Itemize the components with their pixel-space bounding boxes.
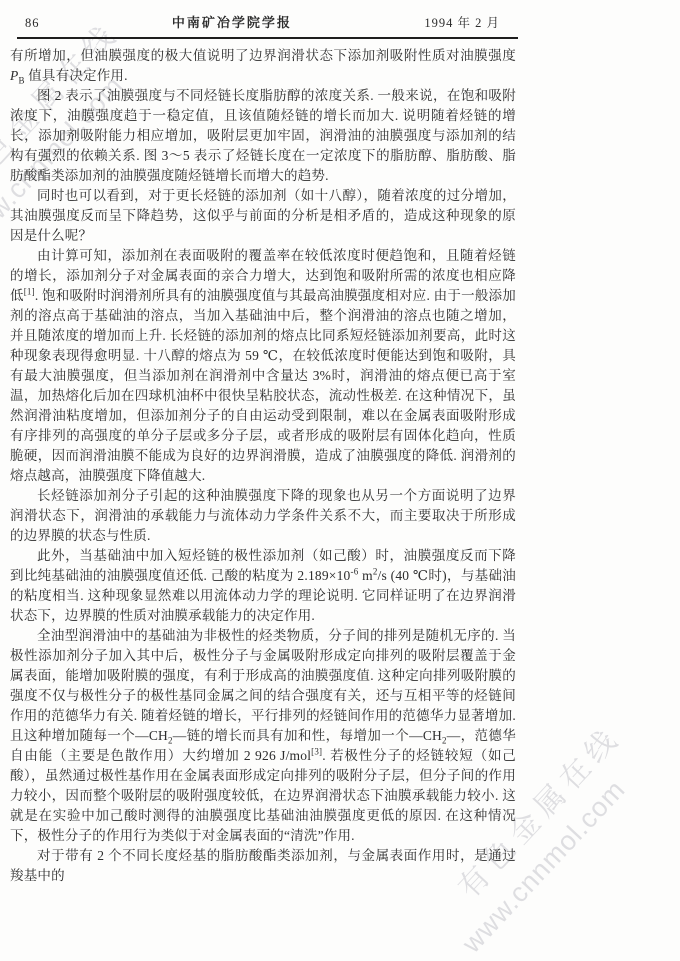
paragraph: 此外，当基础油中加入短烃链的极性添加剂（如己酸）时，油膜强度反而下降到比纯基础油… <box>10 546 516 626</box>
page-number: 86 <box>25 16 40 31</box>
paragraph: 全油型润滑油中的基础油为非极性的烃类物质，分子间的排列是随机无序的. 当极性添加… <box>10 626 516 846</box>
paragraph: 长烃链添加剂分子引起的这种油膜强度下降的现象也从另一个方面说明了边界润滑状态下，… <box>10 486 516 546</box>
paragraph: 同时也可以看到，对于更长烃链的添加剂（如十八醇），随着浓度的过分增加，其油膜强度… <box>10 186 516 246</box>
paragraph: 由计算可知，添加剂在表面吸附的覆盖率在较低浓度时便趋饱和，且随着烃链的增长，添加… <box>10 246 516 486</box>
paragraph: 对于带有 2 个不同长度烃基的脂肪酸酯类添加剂，与金属表面作用时，是通过羧基中的 <box>10 846 516 886</box>
article-body: 有所增加，但油膜强度的极大值说明了边界润滑状态下添加剂吸附性质对油膜强度 PB … <box>10 46 516 886</box>
paragraph: 有所增加，但油膜强度的极大值说明了边界润滑状态下添加剂吸附性质对油膜强度 PB … <box>10 46 516 86</box>
journal-title: 中南矿冶学院学报 <box>172 12 292 31</box>
scanned-journal-page: 有色金属在线 www.cnnmol.com 有色金属在线 www.cnnmol.… <box>0 0 680 961</box>
issue-date: 1994 年 2 月 <box>424 13 500 31</box>
paragraph: 图 2 表示了油膜强度与不同烃链长度脂肪醇的浓度关系. 一般来说，在饱和吸附浓度… <box>10 86 516 186</box>
running-head: 86 中南矿冶学院学报 1994 年 2 月 <box>17 12 518 39</box>
